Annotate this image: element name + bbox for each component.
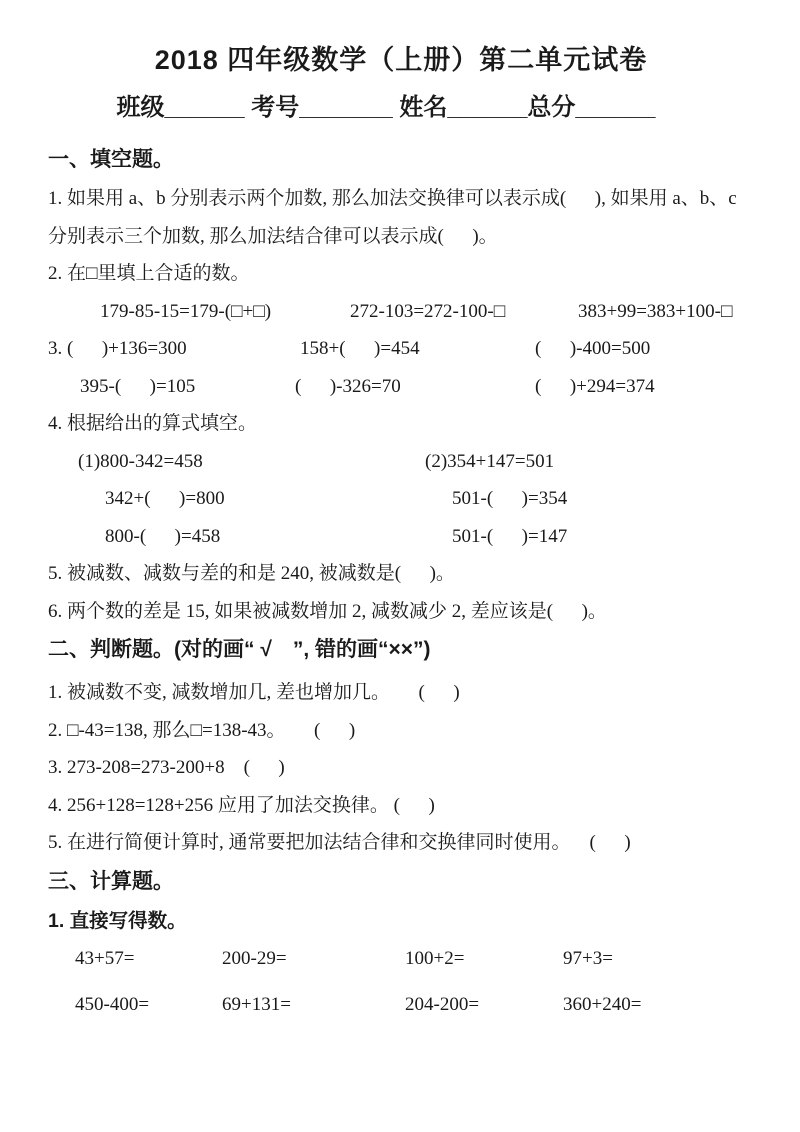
equation: 800-( )=458	[105, 518, 425, 556]
equation: 395-( )=105	[80, 368, 295, 406]
equation: 200-29=	[222, 940, 405, 978]
equation: 272-103=272-100-□	[350, 293, 578, 331]
judge-item-4: 4. 256+128=128+256 应用了加法交换律。 ( )	[48, 787, 764, 825]
exam-paper-page: 2018 四年级数学（上册）第二单元试卷 班级______ 考号_______ …	[0, 0, 800, 1132]
student-info-line: 班级______ 考号_______ 姓名______总分______	[48, 86, 724, 130]
equation: ( )-326=70	[295, 368, 535, 406]
fill-q3-row1: 3. ( )+136=300 158+( )=454 ( )-400=500	[48, 330, 764, 368]
fill-q4-col2: (2)354+147=501 501-( )=354 501-( )=147	[425, 443, 764, 556]
fill-q3-row2: 395-( )=105 ( )-326=70 ( )+294=374	[80, 368, 764, 406]
fill-q4-col1: (1)800-342=458 342+( )=800 800-( )=458	[78, 443, 425, 556]
fill-q1-line2: 分别表示三个加数, 那么加法结合律可以表示成( )。	[48, 218, 764, 256]
fill-q4-columns: (1)800-342=458 342+( )=800 800-( )=458 (…	[78, 443, 764, 556]
fill-q6: 6. 两个数的差是 15, 如果被减数增加 2, 减数减少 2, 差应该是( )…	[48, 593, 764, 631]
equation: (2)354+147=501	[425, 443, 764, 481]
equation: 204-200=	[405, 986, 563, 1024]
equation: 383+99=383+100-□	[578, 293, 764, 331]
equation: 43+57=	[75, 940, 222, 978]
equation: 97+3=	[563, 940, 764, 978]
equation: 69+131=	[222, 986, 405, 1024]
fill-q1-line1: 1. 如果用 a、b 分别表示两个加数, 那么加法交换律可以表示成( ), 如果…	[48, 180, 764, 218]
equation: 158+( )=454	[300, 330, 535, 368]
fill-q2-equations: 179-85-15=179-(□+□) 272-103=272-100-□ 38…	[100, 293, 764, 331]
fill-q5: 5. 被减数、减数与差的和是 240, 被减数是( )。	[48, 555, 764, 593]
judge-item-1: 1. 被减数不变, 减数增加几, 差也增加几。 ( )	[48, 674, 764, 712]
fill-q2-intro: 2. 在□里填上合适的数。	[48, 255, 764, 293]
calc-row-1: 43+57= 200-29= 100+2= 97+3=	[75, 940, 764, 978]
fill-q4-intro: 4. 根据给出的算式填空。	[48, 405, 764, 443]
equation: ( )+294=374	[535, 368, 764, 406]
equation: 450-400=	[75, 986, 222, 1024]
judge-item-3: 3. 273-208=273-200+8 ( )	[48, 749, 764, 787]
exam-title: 2018 四年级数学（上册）第二单元试卷	[48, 38, 754, 82]
equation: 501-( )=354	[452, 480, 764, 518]
equation: ( )-400=500	[535, 330, 764, 368]
equation: 501-( )=147	[452, 518, 764, 556]
section2-heading: 二、判断题。(对的画“ √ ”, 错的画“××”)	[48, 630, 764, 670]
equation: (1)800-342=458	[78, 443, 425, 481]
section1-heading: 一、填空题。	[48, 140, 764, 180]
equation: 360+240=	[563, 986, 764, 1024]
judge-item-5: 5. 在进行简便计算时, 通常要把加法结合律和交换律同时使用。 ( )	[48, 824, 764, 862]
equation: 100+2=	[405, 940, 563, 978]
section3-sub-heading: 1. 直接写得数。	[48, 902, 764, 940]
equation: 342+( )=800	[105, 480, 425, 518]
section3-heading: 三、计算题。	[48, 862, 764, 902]
calc-row-2: 450-400= 69+131= 204-200= 360+240=	[75, 986, 764, 1024]
equation: 3. ( )+136=300	[48, 330, 300, 368]
judge-item-2: 2. □-43=138, 那么□=138-43。 ( )	[48, 712, 764, 750]
equation: 179-85-15=179-(□+□)	[100, 293, 350, 331]
